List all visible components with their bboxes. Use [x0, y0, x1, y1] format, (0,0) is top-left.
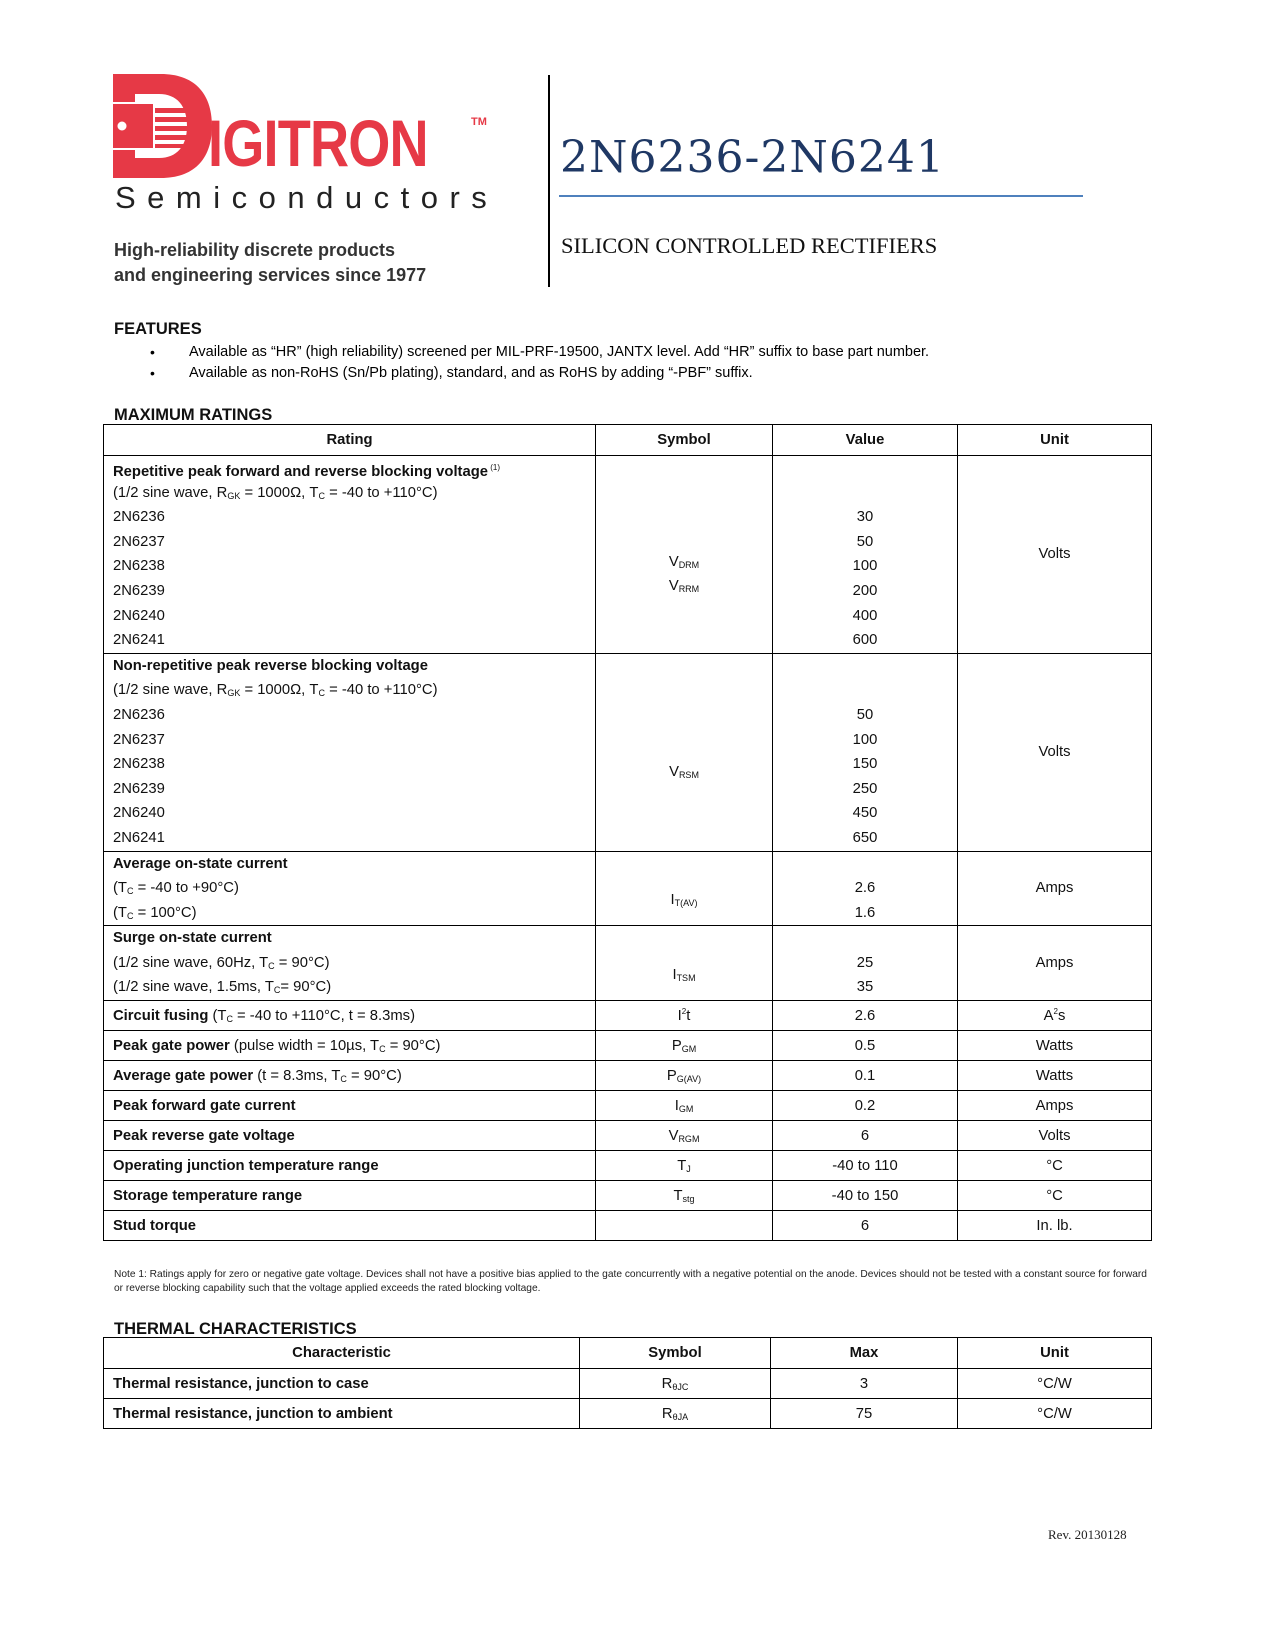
- col-header-symbol: Symbol: [596, 425, 773, 456]
- value-cell: 2535: [773, 926, 958, 1001]
- tagline-line-1: High-reliability discrete products: [114, 238, 426, 263]
- value-cell: 6: [773, 1211, 958, 1241]
- symbol: RθJA: [662, 1406, 688, 1422]
- rating-cell: Repetitive peak forward and reverse bloc…: [104, 456, 596, 654]
- digitron-d-icon: [113, 74, 213, 178]
- symbol-cell: I2t: [596, 1001, 773, 1031]
- rating-cell: Peak gate power (pulse width = 10µs, TC …: [104, 1031, 596, 1061]
- symbol: RθJC: [662, 1376, 689, 1392]
- rating-cell: Peak forward gate current: [104, 1091, 596, 1121]
- table-row: Peak forward gate currentIGM0.2Amps: [104, 1091, 1152, 1121]
- col-header-rating: Rating: [104, 425, 596, 456]
- feature-item: •Available as non-RoHS (Sn/Pb plating), …: [150, 363, 929, 384]
- part-number-title: 2N6236-2N6241: [560, 132, 945, 184]
- symbol: IGM: [675, 1098, 694, 1114]
- symbol-cell: IGM: [596, 1091, 773, 1121]
- feature-text: Available as “HR” (high reliability) scr…: [189, 344, 929, 360]
- features-heading: FEATURES: [114, 320, 202, 339]
- value-cell: -40 to 110: [773, 1151, 958, 1181]
- symbol: I2t: [678, 1008, 691, 1024]
- symbol-cell: RθJC: [580, 1369, 771, 1399]
- table-header-row: Characteristic Symbol Max Unit: [104, 1338, 1152, 1369]
- symbol: TJ: [677, 1158, 691, 1174]
- value-cell: 0.5: [773, 1031, 958, 1061]
- logo-wordmark: IGITRON: [208, 110, 428, 176]
- unit-cell: °C: [958, 1151, 1152, 1181]
- col-header-value: Value: [773, 425, 958, 456]
- table-row: Peak reverse gate voltageVRGM6Volts: [104, 1121, 1152, 1151]
- rating-cell: Circuit fusing (TC = -40 to +110°C, t = …: [104, 1001, 596, 1031]
- value-cell: 2.61.6: [773, 851, 958, 926]
- symbol-cell: Tstg: [596, 1181, 773, 1211]
- symbol: PGM: [672, 1038, 696, 1054]
- col-header-max: Max: [771, 1338, 958, 1369]
- header-divider: [548, 75, 550, 287]
- rating-cell: Non-repetitive peak reverse blocking vol…: [104, 653, 596, 851]
- symbol-cell: VDRMVRRM: [596, 456, 773, 654]
- table-row: Operating junction temperature rangeTJ-4…: [104, 1151, 1152, 1181]
- revision-label: Rev. 20130128: [1048, 1527, 1127, 1543]
- col-header-symbol: Symbol: [580, 1338, 771, 1369]
- symbol-cell: PG(AV): [596, 1061, 773, 1091]
- unit-cell: Amps: [958, 1091, 1152, 1121]
- feature-item: •Available as “HR” (high reliability) sc…: [150, 342, 929, 363]
- value-cell: 3050100200400600: [773, 456, 958, 654]
- unit-cell: Volts: [958, 456, 1152, 654]
- rating-cell: Operating junction temperature range: [104, 1151, 596, 1181]
- symbol-cell: TJ: [596, 1151, 773, 1181]
- unit-cell: °C/W: [958, 1369, 1152, 1399]
- value-cell: 6: [773, 1121, 958, 1151]
- rating-cell: Peak reverse gate voltage: [104, 1121, 596, 1151]
- unit-cell: °C: [958, 1181, 1152, 1211]
- symbol: IT(AV): [671, 892, 698, 908]
- table-row: Storage temperature rangeTstg-40 to 150°…: [104, 1181, 1152, 1211]
- col-header-unit: Unit: [958, 1338, 1152, 1369]
- col-header-characteristic: Characteristic: [104, 1338, 580, 1369]
- title-rule: [559, 195, 1083, 197]
- ratings-footnote: Note 1: Ratings apply for zero or negati…: [114, 1268, 1154, 1296]
- table-row: Average on-state current(TC = -40 to +90…: [104, 851, 1152, 926]
- symbol: Tstg: [673, 1188, 694, 1204]
- characteristic-cell: Thermal resistance, junction to case: [104, 1369, 580, 1399]
- symbol: PG(AV): [667, 1068, 701, 1084]
- unit-cell: In. lb.: [958, 1211, 1152, 1241]
- table-row: Average gate power (t = 8.3ms, TC = 90°C…: [104, 1061, 1152, 1091]
- unit-cell: Volts: [958, 1121, 1152, 1151]
- symbol-cell: [596, 1211, 773, 1241]
- symbol: ITSM: [672, 967, 695, 983]
- tagline-line-2: and engineering services since 1977: [114, 263, 426, 288]
- company-tagline: High-reliability discrete products and e…: [114, 238, 426, 288]
- max-ratings-heading: MAXIMUM RATINGS: [114, 406, 272, 425]
- rating-cell: Storage temperature range: [104, 1181, 596, 1211]
- symbol-cell: VRGM: [596, 1121, 773, 1151]
- symbol-cell: RθJA: [580, 1399, 771, 1429]
- features-list: •Available as “HR” (high reliability) sc…: [150, 342, 929, 384]
- value-cell: 0.1: [773, 1061, 958, 1091]
- value-cell: 50100150250450650: [773, 653, 958, 851]
- logo-trademark: TM: [471, 116, 487, 128]
- value-cell: -40 to 150: [773, 1181, 958, 1211]
- unit-cell: A2s: [958, 1001, 1152, 1031]
- symbol: VRSM: [669, 764, 699, 780]
- table-row: Stud torque6In. lb.: [104, 1211, 1152, 1241]
- rating-cell: Average gate power (t = 8.3ms, TC = 90°C…: [104, 1061, 596, 1091]
- table-row: Peak gate power (pulse width = 10µs, TC …: [104, 1031, 1152, 1061]
- rating-cell: Average on-state current(TC = -40 to +90…: [104, 851, 596, 926]
- symbol: VDRM: [669, 554, 699, 570]
- product-subtitle: SILICON CONTROLLED RECTIFIERS: [561, 233, 937, 259]
- unit-cell: Watts: [958, 1061, 1152, 1091]
- rating-cell: Surge on-state current(1/2 sine wave, 60…: [104, 926, 596, 1001]
- value-cell: 0.2: [773, 1091, 958, 1121]
- unit-cell: °C/W: [958, 1399, 1152, 1429]
- characteristic-cell: Thermal resistance, junction to ambient: [104, 1399, 580, 1429]
- unit-cell: Watts: [958, 1031, 1152, 1061]
- table-row: Non-repetitive peak reverse blocking vol…: [104, 653, 1152, 851]
- table-row: Repetitive peak forward and reverse bloc…: [104, 456, 1152, 654]
- table-row: Thermal resistance, junction to caseRθJC…: [104, 1369, 1152, 1399]
- unit-cell: Amps: [958, 926, 1152, 1001]
- max-ratings-table: Rating Symbol Value Unit Repetitive peak…: [103, 424, 1152, 1241]
- table-header-row: Rating Symbol Value Unit: [104, 425, 1152, 456]
- unit-cell: Volts: [958, 653, 1152, 851]
- symbol-cell: PGM: [596, 1031, 773, 1061]
- symbol: VRRM: [669, 578, 699, 594]
- value-cell: 2.6: [773, 1001, 958, 1031]
- unit-cell: Amps: [958, 851, 1152, 926]
- table-row: Circuit fusing (TC = -40 to +110°C, t = …: [104, 1001, 1152, 1031]
- bullet-icon: •: [150, 363, 155, 384]
- logo-subtitle: Semiconductors: [115, 182, 498, 214]
- digitron-logo: IGITRON TM Semiconductors: [113, 74, 483, 214]
- thermal-table: Characteristic Symbol Max Unit Thermal r…: [103, 1337, 1152, 1429]
- max-cell: 75: [771, 1399, 958, 1429]
- col-header-unit: Unit: [958, 425, 1152, 456]
- symbol-cell: VRSM: [596, 653, 773, 851]
- symbol: VRGM: [669, 1128, 700, 1144]
- table-row: Thermal resistance, junction to ambientR…: [104, 1399, 1152, 1429]
- bullet-icon: •: [150, 342, 155, 363]
- symbol-cell: ITSM: [596, 926, 773, 1001]
- table-row: Surge on-state current(1/2 sine wave, 60…: [104, 926, 1152, 1001]
- feature-text: Available as non-RoHS (Sn/Pb plating), s…: [189, 365, 753, 381]
- max-cell: 3: [771, 1369, 958, 1399]
- symbol-cell: IT(AV): [596, 851, 773, 926]
- rating-cell: Stud torque: [104, 1211, 596, 1241]
